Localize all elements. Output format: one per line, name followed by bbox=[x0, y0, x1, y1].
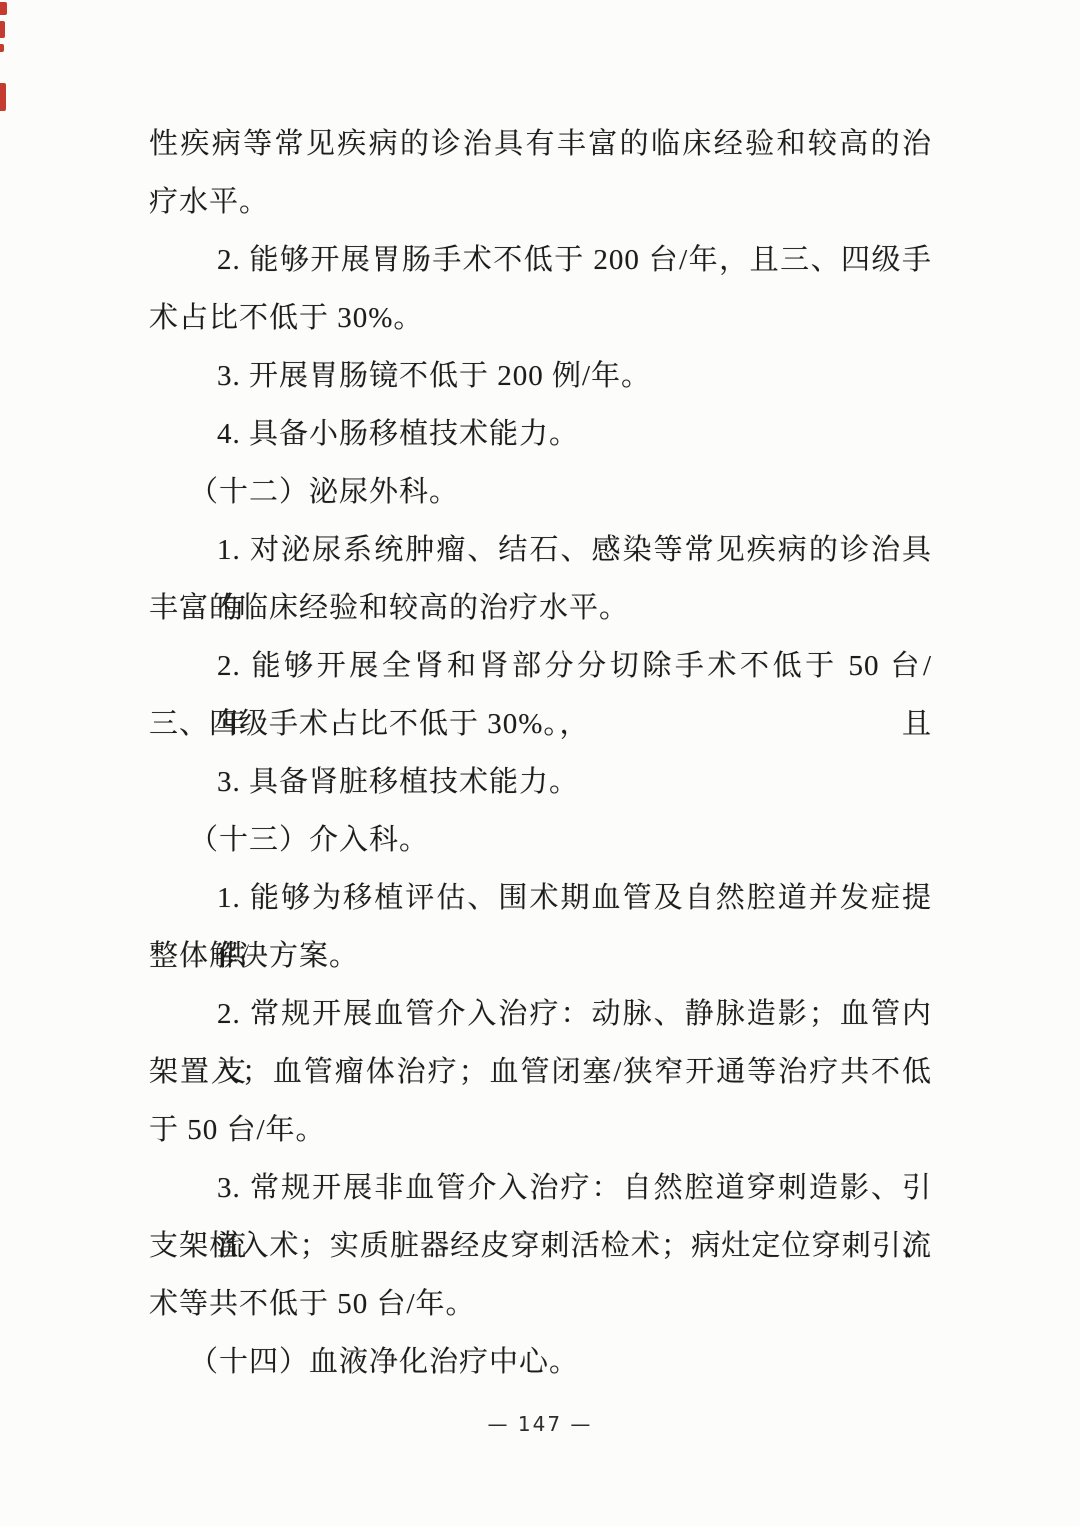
text-line: （十二）泌尿外科。 bbox=[149, 463, 932, 521]
text-line: （十四）血液净化治疗中心。 bbox=[149, 1333, 932, 1391]
text-line: 丰富的临床经验和较高的治疗水平。 bbox=[149, 579, 932, 637]
text-line: 2. 能够开展全肾和肾部分分切除手术不低于 50 台/年，且 bbox=[149, 637, 932, 695]
page-number: — 147 — bbox=[488, 1412, 593, 1436]
text-line: 2. 常规开展血管介入治疗：动脉、静脉造影；血管内支 bbox=[149, 985, 932, 1043]
text-line: 疗水平。 bbox=[149, 173, 932, 231]
text-line: 支架植入术；实质脏器经皮穿刺活检术；病灶定位穿刺引流 bbox=[149, 1217, 932, 1275]
text-line: 1. 能够为移植评估、围术期血管及自然腔道并发症提供 bbox=[149, 869, 932, 927]
text-line: 4. 具备小肠移植技术能力。 bbox=[149, 405, 932, 463]
red-mark-segment bbox=[0, 2, 7, 15]
document-page: 性疾病等常见疾病的诊治具有丰富的临床经验和较高的治疗水平。2. 能够开展胃肠手术… bbox=[0, 0, 1080, 1526]
text-line: 1. 对泌尿系统肿瘤、结石、感染等常见疾病的诊治具有 bbox=[149, 521, 932, 579]
text-line: 3. 常规开展非血管介入治疗：自然腔道穿刺造影、引流、 bbox=[149, 1159, 932, 1217]
text-line: 架置入；血管瘤体治疗；血管闭塞/狭窄开通等治疗共不低 bbox=[149, 1043, 932, 1101]
text-line: 性疾病等常见疾病的诊治具有丰富的临床经验和较高的治 bbox=[149, 115, 932, 173]
red-edge-marks bbox=[0, 0, 60, 130]
page-footer: — 147 — bbox=[0, 1412, 1080, 1436]
red-mark-segment bbox=[0, 21, 5, 38]
text-line: 于 50 台/年。 bbox=[149, 1101, 932, 1159]
text-line: 术占比不低于 30%。 bbox=[149, 289, 932, 347]
red-mark-segment bbox=[0, 44, 4, 52]
document-body: 性疾病等常见疾病的诊治具有丰富的临床经验和较高的治疗水平。2. 能够开展胃肠手术… bbox=[149, 115, 932, 1391]
text-line: 3. 具备肾脏移植技术能力。 bbox=[149, 753, 932, 811]
text-line: 3. 开展胃肠镜不低于 200 例/年。 bbox=[149, 347, 932, 405]
text-line: 术等共不低于 50 台/年。 bbox=[149, 1275, 932, 1333]
text-line: 2. 能够开展胃肠手术不低于 200 台/年，且三、四级手 bbox=[149, 231, 932, 289]
red-mark-segment bbox=[0, 83, 6, 111]
text-line: （十三）介入科。 bbox=[149, 811, 932, 869]
text-line: 整体解决方案。 bbox=[149, 927, 932, 985]
